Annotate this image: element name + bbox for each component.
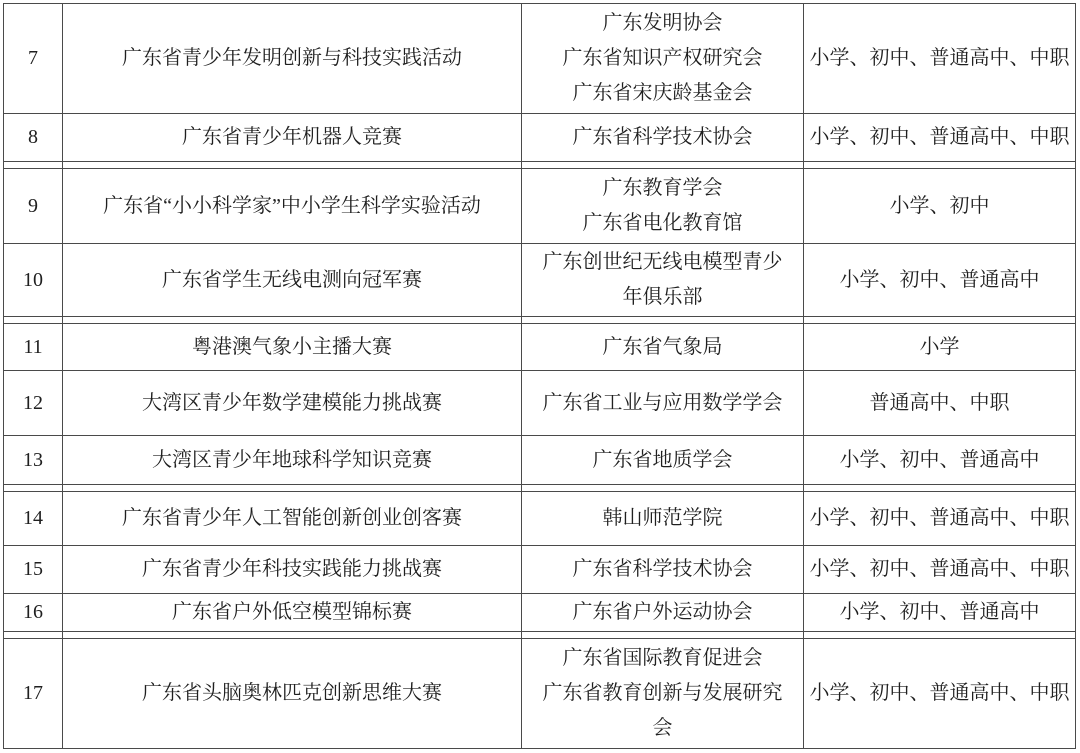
row-number: 10 [4, 244, 63, 316]
separator-cell [4, 317, 63, 323]
table-row: 9 广东省“小小科学家”中小学生科学实验活动 广东教育学会广东省电化教育馆 小学… [4, 169, 1075, 244]
row-number: 9 [4, 169, 63, 243]
organizer-cell: 广东省户外运动协会 [522, 594, 804, 631]
competition-name: 大湾区青少年地球科学知识竞赛 [63, 436, 522, 484]
organizer-line: 广东省工业与应用数学学会 [543, 386, 783, 421]
organizer-line: 广东省电化教育馆 [583, 206, 743, 241]
organizer-line: 广东省科学技术协会 [573, 552, 753, 587]
row-number: 11 [4, 324, 63, 370]
levels: 小学、初中、普通高中 [804, 594, 1075, 631]
separator-cell [522, 162, 804, 168]
organizer-line: 广东省教育创新与发展研究 [543, 676, 783, 711]
organizer-cell: 广东省地质学会 [522, 436, 804, 484]
separator-cell [4, 162, 63, 168]
organizer-line: 广东省科学技术协会 [573, 120, 753, 155]
row-number: 14 [4, 492, 63, 545]
separator-cell [63, 485, 522, 491]
table-row: 13 大湾区青少年地球科学知识竞赛 广东省地质学会 小学、初中、普通高中 [4, 436, 1075, 485]
organizer-line: 广东发明协会 [603, 6, 723, 41]
row-number: 16 [4, 594, 63, 631]
separator-cell [522, 317, 804, 323]
row-number: 7 [4, 4, 63, 113]
separator-cell [4, 632, 63, 638]
competition-name: 粤港澳气象小主播大赛 [63, 324, 522, 370]
row-number: 17 [4, 639, 63, 748]
separator-cell [804, 317, 1075, 323]
organizer-line: 广东省户外运动协会 [573, 595, 753, 630]
organizer-line: 广东省地质学会 [593, 443, 733, 478]
separator-cell [522, 632, 804, 638]
organizer-cell: 广东省国际教育促进会广东省教育创新与发展研究会 [522, 639, 804, 748]
organizer-cell: 韩山师范学院 [522, 492, 804, 545]
table-row: 14 广东省青少年人工智能创新创业创客赛 韩山师范学院 小学、初中、普通高中、中… [4, 492, 1075, 546]
separator-cell [4, 485, 63, 491]
competition-name: 广东省“小小科学家”中小学生科学实验活动 [63, 169, 522, 243]
levels: 普通高中、中职 [804, 371, 1075, 435]
organizer-line: 广东省气象局 [603, 330, 723, 365]
organizer-cell: 广东省科学技术协会 [522, 546, 804, 593]
separator-cell [804, 162, 1075, 168]
table-row: 17 广东省头脑奥林匹克创新思维大赛 广东省国际教育促进会广东省教育创新与发展研… [4, 639, 1075, 749]
levels: 小学、初中、普通高中、中职 [804, 114, 1075, 161]
competition-name: 广东省学生无线电测向冠军赛 [63, 244, 522, 316]
levels: 小学、初中、普通高中 [804, 436, 1075, 484]
table-row: 16 广东省户外低空模型锦标赛 广东省户外运动协会 小学、初中、普通高中 [4, 594, 1075, 632]
levels: 小学、初中 [804, 169, 1075, 243]
competition-name: 广东省头脑奥林匹克创新思维大赛 [63, 639, 522, 748]
organizer-line: 广东省宋庆龄基金会 [573, 76, 753, 111]
table-row: 7 广东省青少年发明创新与科技实践活动 广东发明协会广东省知识产权研究会广东省宋… [4, 4, 1075, 114]
separator-cell [804, 485, 1075, 491]
levels: 小学、初中、普通高中 [804, 244, 1075, 316]
organizer-line: 广东省国际教育促进会 [563, 641, 763, 676]
competition-name: 广东省青少年人工智能创新创业创客赛 [63, 492, 522, 545]
organizer-line: 广东教育学会 [603, 171, 723, 206]
levels: 小学 [804, 324, 1075, 370]
row-number: 13 [4, 436, 63, 484]
group-separator-row [4, 162, 1075, 169]
organizer-cell: 广东教育学会广东省电化教育馆 [522, 169, 804, 243]
table-row: 11 粤港澳气象小主播大赛 广东省气象局 小学 [4, 324, 1075, 371]
organizer-line: 广东省知识产权研究会 [563, 41, 763, 76]
table-row: 8 广东省青少年机器人竞赛 广东省科学技术协会 小学、初中、普通高中、中职 [4, 114, 1075, 162]
competition-name: 广东省户外低空模型锦标赛 [63, 594, 522, 631]
organizer-line: 韩山师范学院 [603, 501, 723, 536]
organizer-line: 年俱乐部 [623, 280, 703, 315]
competition-name: 广东省青少年科技实践能力挑战赛 [63, 546, 522, 593]
levels: 小学、初中、普通高中、中职 [804, 639, 1075, 748]
row-number: 8 [4, 114, 63, 161]
separator-cell [63, 162, 522, 168]
organizer-cell: 广东创世纪无线电模型青少年俱乐部 [522, 244, 804, 316]
table-row: 12 大湾区青少年数学建模能力挑战赛 广东省工业与应用数学学会 普通高中、中职 [4, 371, 1075, 436]
separator-cell [63, 317, 522, 323]
organizer-line: 会 [653, 711, 673, 746]
table-row: 10 广东省学生无线电测向冠军赛 广东创世纪无线电模型青少年俱乐部 小学、初中、… [4, 244, 1075, 317]
group-separator-row [4, 485, 1075, 492]
competition-name: 大湾区青少年数学建模能力挑战赛 [63, 371, 522, 435]
separator-cell [804, 632, 1075, 638]
levels: 小学、初中、普通高中、中职 [804, 546, 1075, 593]
competition-name: 广东省青少年机器人竞赛 [63, 114, 522, 161]
levels: 小学、初中、普通高中、中职 [804, 4, 1075, 113]
row-number: 15 [4, 546, 63, 593]
organizer-cell: 广东省气象局 [522, 324, 804, 370]
group-separator-row [4, 632, 1075, 639]
competition-table: 7 广东省青少年发明创新与科技实践活动 广东发明协会广东省知识产权研究会广东省宋… [3, 3, 1076, 749]
separator-cell [63, 632, 522, 638]
organizer-cell: 广东发明协会广东省知识产权研究会广东省宋庆龄基金会 [522, 4, 804, 113]
table-row: 15 广东省青少年科技实践能力挑战赛 广东省科学技术协会 小学、初中、普通高中、… [4, 546, 1075, 594]
organizer-cell: 广东省科学技术协会 [522, 114, 804, 161]
competition-name: 广东省青少年发明创新与科技实践活动 [63, 4, 522, 113]
row-number: 12 [4, 371, 63, 435]
levels: 小学、初中、普通高中、中职 [804, 492, 1075, 545]
organizer-line: 广东创世纪无线电模型青少 [543, 245, 783, 280]
organizer-cell: 广东省工业与应用数学学会 [522, 371, 804, 435]
separator-cell [522, 485, 804, 491]
group-separator-row [4, 317, 1075, 324]
